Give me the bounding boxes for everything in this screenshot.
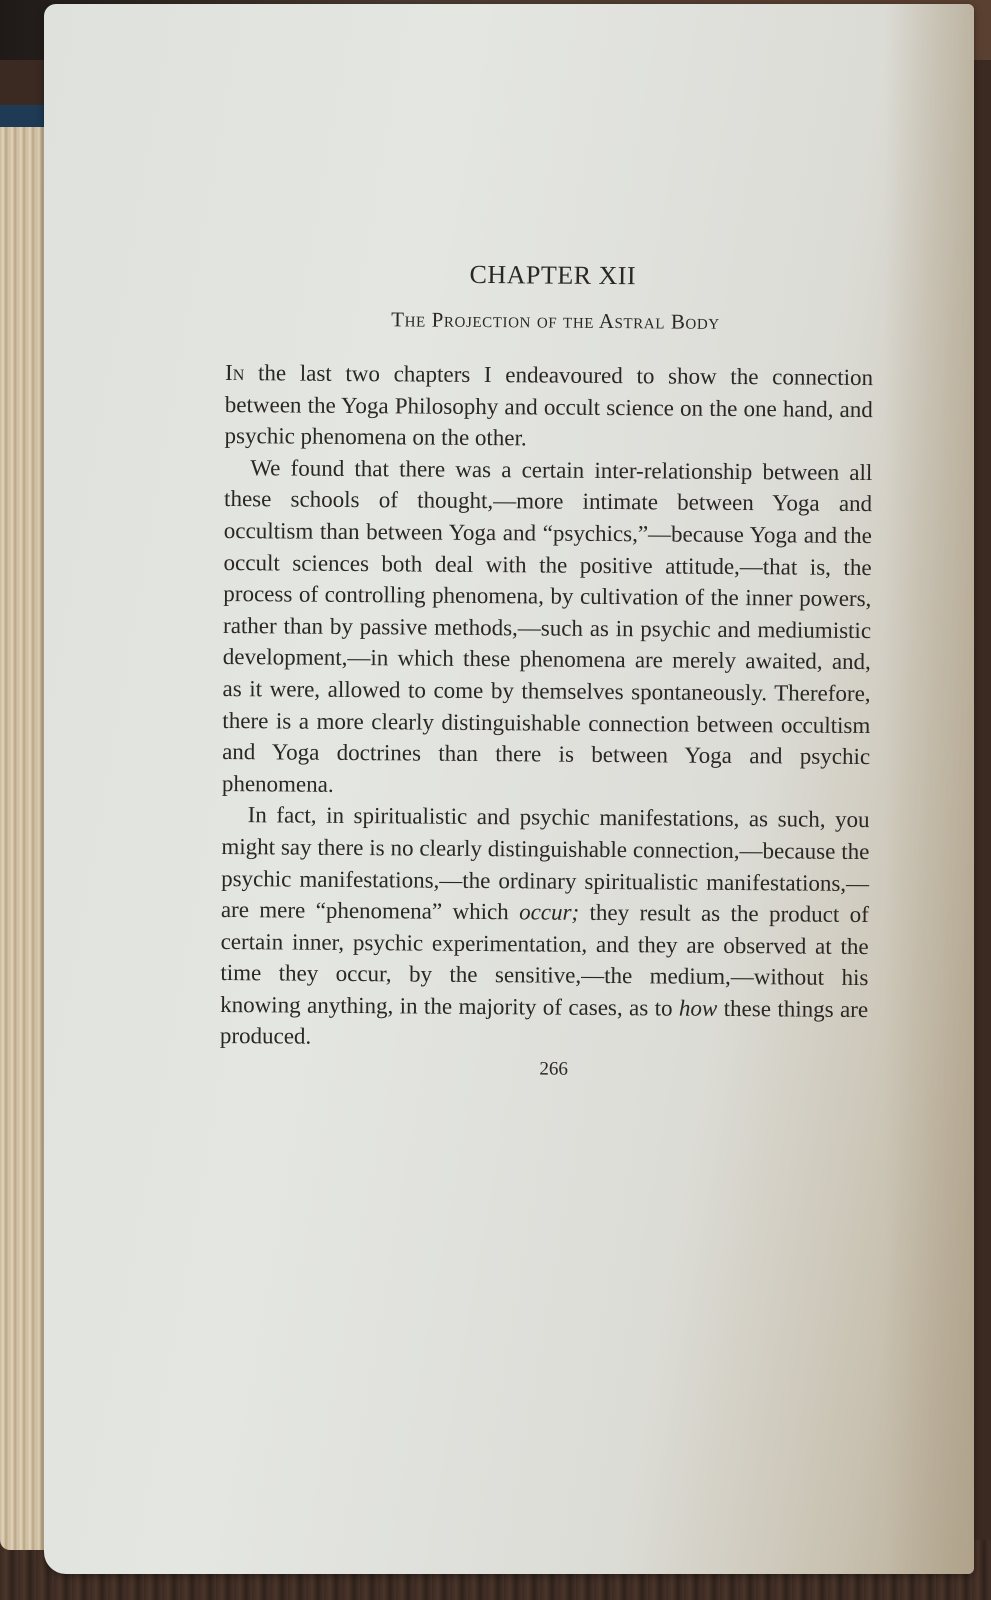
- emphasis-how: how: [679, 995, 718, 1020]
- drop-lead: In: [225, 360, 244, 385]
- book-cover-edge: [0, 105, 44, 127]
- emphasis-occur: occur;: [519, 899, 579, 924]
- page-text: CHAPTER XII The Projection of the Astral…: [220, 258, 874, 1083]
- chapter-heading: CHAPTER XII: [226, 258, 874, 293]
- paragraph-3: In fact, in spiritualistic and psychic m…: [220, 799, 870, 1057]
- chapter-title: The Projection of the Astral Body: [225, 306, 873, 336]
- paragraph-1-text: the last two chapters I endeavoured to s…: [225, 360, 874, 450]
- page-edges: [0, 120, 48, 1550]
- paragraph-1: In the last two chapters I endeavoured t…: [224, 357, 873, 457]
- paragraph-2: We found that there was a certain inter-…: [222, 452, 873, 805]
